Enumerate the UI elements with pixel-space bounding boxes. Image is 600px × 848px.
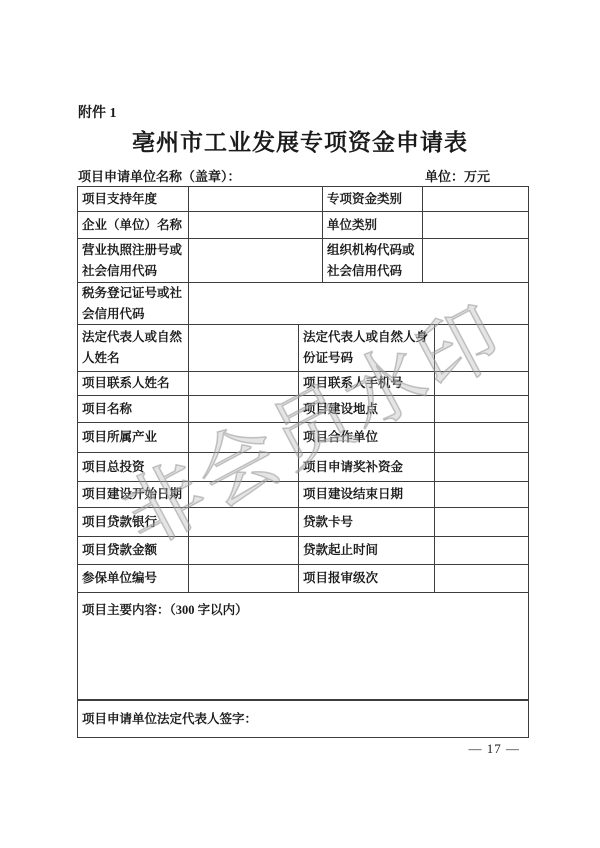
field-label: 项目贷款银行	[78, 508, 189, 536]
table-row: 项目贷款金额 贷款起止时间	[78, 537, 528, 565]
field-value	[423, 212, 528, 238]
attachment-label: 附件 1	[78, 102, 117, 122]
field-label: 项目合作单位	[299, 423, 435, 452]
field-value	[189, 508, 299, 536]
table-row: 项目名称 项目建设地点	[78, 396, 528, 423]
field-value	[189, 423, 299, 452]
field-value	[435, 372, 528, 395]
field-label: 营业执照注册号或社会信用代码	[78, 239, 189, 282]
field-label: 项目建设开始日期	[78, 482, 189, 507]
page-number: — 17 —	[469, 741, 521, 757]
field-value	[435, 537, 528, 564]
table-row-signature: 项目申请单位法定代表人签字：	[78, 700, 528, 737]
field-label: 参保单位编号	[78, 565, 189, 592]
table-row: 营业执照注册号或社会信用代码 组织机构代码或社会信用代码	[78, 239, 528, 283]
field-label: 项目所属产业	[78, 423, 189, 452]
main-content-label: 项目主要内容：（300 字以内）	[78, 593, 528, 699]
page-title: 亳州市工业发展专项资金申请表	[0, 124, 600, 157]
table-caption-line: 项目申请单位名称（盖章）： 单位：万元	[78, 166, 490, 185]
document-page: 附件 1 亳州市工业发展专项资金申请表 项目申请单位名称（盖章）： 单位：万元 …	[0, 0, 600, 848]
field-value	[435, 453, 528, 481]
field-label: 贷款卡号	[299, 508, 435, 536]
table-row: 税务登记证号或社会信用代码	[78, 283, 528, 325]
field-label: 企业（单位）名称	[78, 212, 189, 238]
field-value	[189, 537, 299, 564]
field-label: 项目支持年度	[78, 187, 189, 211]
field-label: 项目申请奖补资金	[299, 453, 435, 481]
field-value	[435, 565, 528, 592]
field-label: 税务登记证号或社会信用代码	[78, 283, 189, 324]
field-label: 项目联系人姓名	[78, 372, 189, 395]
table-row-main-content: 项目主要内容：（300 字以内）	[78, 593, 528, 700]
field-value	[189, 396, 299, 422]
field-value	[189, 372, 299, 395]
field-value	[435, 396, 528, 422]
table-row: 项目建设开始日期 项目建设结束日期	[78, 482, 528, 508]
field-value	[435, 423, 528, 452]
field-label: 项目名称	[78, 396, 189, 422]
field-value	[189, 453, 299, 481]
field-label: 项目总投资	[78, 453, 189, 481]
table-row: 项目总投资 项目申请奖补资金	[78, 453, 528, 482]
field-label: 组织机构代码或社会信用代码	[323, 239, 423, 282]
signature-label: 项目申请单位法定代表人签字：	[78, 701, 528, 737]
field-value	[189, 283, 528, 324]
field-value	[189, 565, 299, 592]
field-value	[435, 482, 528, 507]
field-value	[435, 508, 528, 536]
table-row: 项目联系人姓名 项目联系人手机号	[78, 372, 528, 396]
field-label: 项目报审级次	[299, 565, 435, 592]
money-unit-label: 单位：万元	[425, 166, 490, 185]
table-row: 项目支持年度 专项资金类别	[78, 187, 528, 212]
table-row: 项目贷款银行 贷款卡号	[78, 508, 528, 537]
field-label: 贷款起止时间	[299, 537, 435, 564]
field-label: 法定代表人或自然人身份证号码	[299, 325, 435, 371]
applicant-unit-label: 项目申请单位名称（盖章）：	[78, 166, 241, 185]
field-label: 项目贷款金额	[78, 537, 189, 564]
field-value	[189, 482, 299, 507]
field-value	[189, 187, 323, 211]
field-label: 单位类别	[323, 212, 423, 238]
table-row: 企业（单位）名称 单位类别	[78, 212, 528, 239]
field-label: 项目建设结束日期	[299, 482, 435, 507]
field-label: 项目建设地点	[299, 396, 435, 422]
field-value	[189, 239, 323, 282]
field-label: 法定代表人或自然人姓名	[78, 325, 189, 371]
field-value	[189, 212, 323, 238]
field-value	[423, 187, 528, 211]
table-row: 法定代表人或自然人姓名 法定代表人或自然人身份证号码	[78, 325, 528, 372]
field-label: 专项资金类别	[323, 187, 423, 211]
application-form-table: 项目支持年度 专项资金类别 企业（单位）名称 单位类别 营业执照注册号或社会信用…	[77, 186, 529, 738]
field-label: 项目联系人手机号	[299, 372, 435, 395]
field-value	[435, 325, 528, 371]
table-row: 参保单位编号 项目报审级次	[78, 565, 528, 593]
table-row: 项目所属产业 项目合作单位	[78, 423, 528, 453]
field-value	[423, 239, 528, 282]
field-value	[189, 325, 299, 371]
